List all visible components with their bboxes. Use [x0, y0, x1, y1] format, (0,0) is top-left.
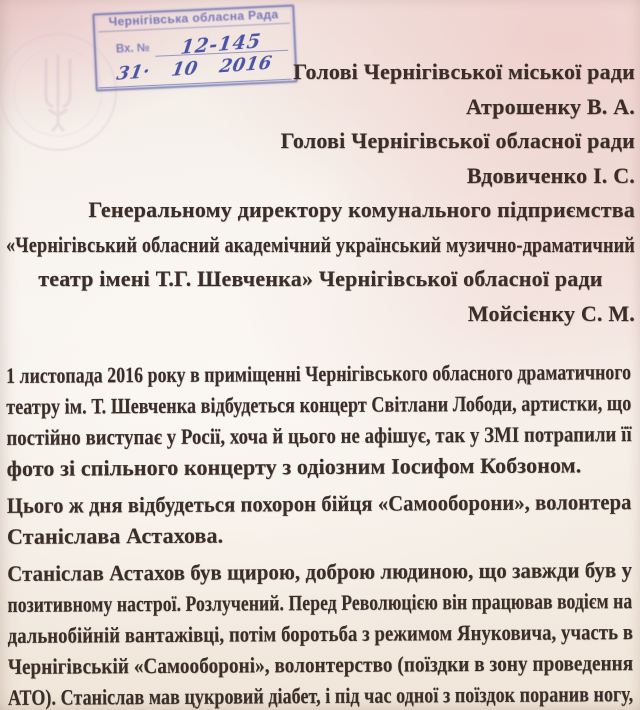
recipient-line-text: театр імені Т.Г. Шевченка» Чернігівської… [38, 262, 602, 297]
recipient-line: театр імені Т.Г. Шевченка» Чернігівської… [6, 262, 635, 297]
body-line: дальнобійній вантажівці, потім боротьба … [8, 616, 633, 651]
body-line-text: Чернігівській «Самообороні», волонтерств… [8, 647, 634, 682]
body-line: Цього ж дня відбудеться похорон бійця «С… [7, 486, 632, 521]
body-line: фото зі спільного концерту з одіозним Іо… [6, 449, 631, 484]
recipient-line: Вдовиченко І. С. [6, 159, 635, 194]
body-line: постійно виступає у Росії, хоча й цього … [6, 418, 631, 453]
recipient-line-text: Голові Чернігівської міської ради [293, 55, 635, 90]
body-line: АТО). Станіслав мав цукровий діабет, і п… [8, 678, 633, 710]
body-line-text: Станіслав Астахов був щирою, доброю люди… [7, 554, 632, 589]
body-line-text: театру ім. Т. Шевченка відбудеться конце… [6, 387, 631, 422]
paragraph: Цього ж дня відбудеться похорон бійця «С… [7, 486, 632, 552]
recipient-line-text: Голові Чернігівської обласної ради [281, 124, 635, 159]
body-line-text: Станіслава Астахова. [7, 520, 223, 552]
recipient-line-text: «Чернігівський обласний академічний укра… [6, 228, 635, 263]
recipient-line: «Чернігівський обласний академічний укра… [6, 228, 635, 263]
recipient-line: Генеральному директору комунального підп… [6, 193, 635, 228]
body-line: 1 листопада 2016 року в приміщенні Черні… [6, 356, 631, 391]
body-line: Станіслав Астахов був щирою, доброю люди… [7, 554, 632, 589]
recipient-line: Голові Чернігівської обласної ради [6, 124, 635, 159]
recipient-line: Атрошенку В. А. [6, 90, 635, 125]
letter-body: 1 листопада 2016 року в приміщенні Черні… [6, 356, 633, 710]
body-line: Станіслава Астахова. [7, 517, 632, 552]
body-line: театру ім. Т. Шевченка відбудеться конце… [6, 387, 631, 422]
paragraph: Станіслав Астахов був щирою, доброю люди… [7, 554, 633, 710]
body-line-text: позитивному настрої. Розлучений. Перед Р… [7, 585, 632, 620]
body-line: Чернігівській «Самообороні», волонтерств… [8, 647, 633, 682]
recipient-line-text: Вдовиченко І. С. [467, 159, 635, 194]
body-line-text: 1 листопада 2016 року в приміщенні Черні… [6, 356, 631, 391]
recipient-line: Мойсієнку С. М. [6, 297, 635, 332]
body-line-text: Цього ж дня відбудеться похорон бійця «С… [7, 486, 632, 521]
body-line-text: фото зі спільного концерту з одіозним Іо… [6, 449, 581, 484]
body-line-text: АТО). Станіслав мав цукровий діабет, і п… [8, 678, 633, 710]
body-line-text: постійно виступає у Росії, хоча й цього … [6, 418, 631, 453]
recipient-block: Голові Чернігівської міської ради Атроше… [6, 55, 635, 331]
recipient-line-text: Атрошенку В. А. [466, 90, 635, 125]
paragraph: 1 листопада 2016 року в приміщенні Черні… [6, 356, 632, 484]
recipient-line: Голові Чернігівської міської ради [6, 55, 635, 90]
recipient-line-text: Генеральному директору комунального підп… [88, 193, 635, 228]
scanned-letter-page: Чернігівська обласна Рада Вх. № 12-145 3… [0, 0, 640, 710]
recipient-line-text: Мойсієнку С. М. [468, 297, 635, 332]
body-line: позитивному настрої. Розлучений. Перед Р… [7, 585, 632, 620]
body-line-text: дальнобійній вантажівці, потім боротьба … [8, 616, 634, 651]
